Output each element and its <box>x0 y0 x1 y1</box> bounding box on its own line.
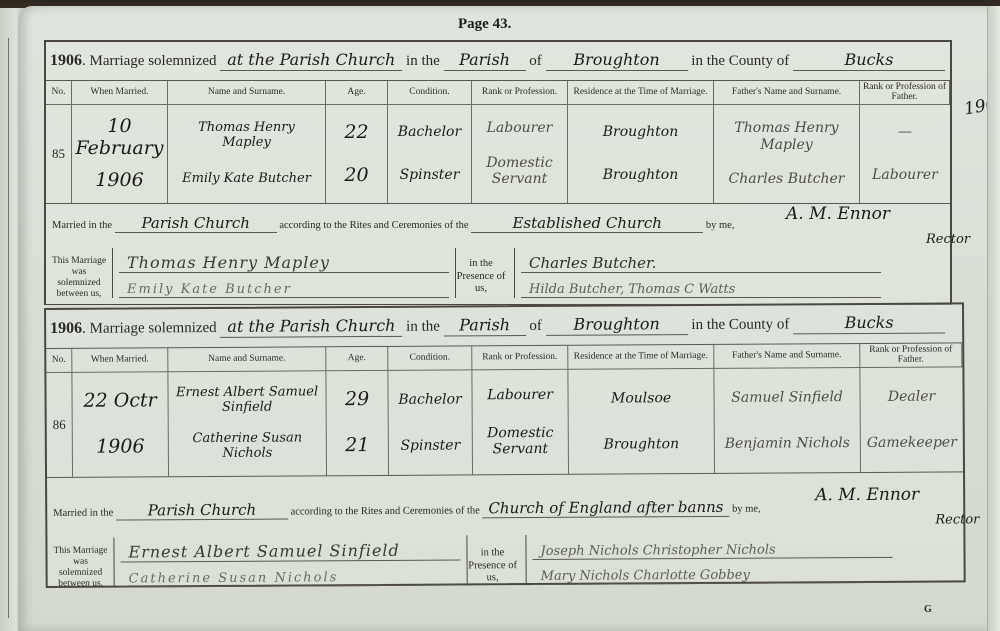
right-page-edge <box>987 6 1000 631</box>
officiant-title: Rector <box>926 232 970 247</box>
column-header-father-profession: Rank or Profession of Father. <box>860 81 950 105</box>
bride-signature: Catherine Susan Nichols <box>129 570 339 586</box>
officiant-name: A. M. Ennor <box>786 204 890 224</box>
rites-value: Church of England after banns <box>488 498 723 517</box>
groom-father-profession: — <box>898 124 912 140</box>
condition-cell: Bachelor Spinster <box>388 370 473 475</box>
groom-father-name: Samuel Sinfield <box>731 389 843 406</box>
when-married-cell: 22 Octr 1906 <box>72 372 169 477</box>
column-header-residence: Residence at the Time of Marriage. <box>568 345 714 370</box>
entry-place: at the Parish Church <box>227 50 395 69</box>
column-header-father-name: Father's Name and Surname. <box>714 81 860 105</box>
entry-number: 85 <box>46 105 72 203</box>
label-marriage-solemnized: Marriage solemnized <box>90 53 217 69</box>
column-header-condition: Condition. <box>388 81 472 105</box>
marriage-entry-86: 1906. Marriage solemnized at the Parish … <box>44 302 966 588</box>
marriage-entry-85: 1906. Marriage solemnized at the Parish … <box>44 40 952 305</box>
marriage-year: 1906 <box>95 170 143 192</box>
entry-heading: 1906. Marriage solemnized at the Parish … <box>50 50 918 80</box>
groom-father-profession: Dealer <box>888 389 935 405</box>
party-signatures: Thomas Henry Mapley Emily Kate Butcher <box>112 248 456 298</box>
witness-signatures: Joseph Nichols Christopher Nichols Mary … <box>525 533 898 585</box>
bride-profession: Domestic Servant <box>477 425 564 458</box>
groom-name: Thomas Henry Mapley <box>172 121 321 151</box>
father-name-cell: Thomas Henry Mapley Charles Butcher <box>714 105 860 203</box>
entry-table: No. When Married. Name and Surname. Age.… <box>46 80 950 204</box>
entry-parish: Parish <box>459 50 510 69</box>
left-page-rule <box>8 38 9 618</box>
label-in-presence: in the Presence of us, <box>465 547 519 585</box>
bride-signature-line: Emily Kate Butcher <box>119 273 449 298</box>
ages-cell: 22 20 <box>326 105 388 203</box>
bride-condition: Spinster <box>400 167 460 183</box>
party-signatures: Ernest Albert Samuel Sinfield Catherine … <box>113 535 467 587</box>
names-cell: Ernest Albert Samuel Sinfield Catherine … <box>168 371 327 476</box>
witness-line-2: Hilda Butcher, Thomas C Watts <box>521 273 881 298</box>
rites-line: Married in the Parish Church according t… <box>52 214 734 233</box>
column-header-father-name: Father's Name and Surname. <box>714 344 860 369</box>
bride-age: 20 <box>344 165 368 187</box>
bride-age: 21 <box>345 435 369 457</box>
bride-signature: Emily Kate Butcher <box>127 282 292 297</box>
column-header-when-married: When Married. <box>72 81 168 105</box>
bride-residence: Broughton <box>603 167 678 183</box>
label-married-in-the: Married in the <box>53 508 113 519</box>
witness-signature-2: Mary Nichols Charlotte Gobbey <box>541 568 750 584</box>
label-according-to: according to the Rites and Ceremonies of… <box>279 220 468 231</box>
entry-county: Bucks <box>845 313 894 332</box>
label-in-the-county: in the County <box>691 317 773 333</box>
label-married-in-the: Married in the <box>52 220 112 231</box>
groom-signature: Thomas Henry Mapley <box>127 253 330 272</box>
entry-year: 1906 <box>50 320 82 337</box>
bride-condition: Spinster <box>400 437 460 453</box>
label-of: of <box>777 53 790 69</box>
bride-father-name: Benjamin Nichols <box>725 435 850 452</box>
sheet-signature-letter: G <box>924 604 932 615</box>
label-marriage-solemnized: Marriage solemnized <box>90 320 217 337</box>
groom-age: 22 <box>344 122 368 144</box>
label-according-to: according to the Rites and Ceremonies of… <box>291 505 480 517</box>
groom-age: 29 <box>345 389 369 411</box>
entry-parish: Parish <box>459 315 510 334</box>
column-header-no: No. <box>46 349 72 373</box>
bride-residence: Broughton <box>604 436 680 453</box>
officiant-name: A. M. Ennor <box>815 485 919 506</box>
groom-residence: Moulsoe <box>611 390 671 406</box>
profession-cell: Labourer Domestic Servant <box>472 105 568 203</box>
rites-value: Established Church <box>512 214 661 232</box>
groom-signature-line: Thomas Henry Mapley <box>119 248 449 273</box>
column-header-residence: Residence at the Time of Marriage. <box>568 81 714 105</box>
column-header-age: Age. <box>326 81 388 105</box>
marriage-date: 10 February <box>76 116 164 160</box>
label-of: of <box>529 318 542 334</box>
witness-signature-1: Joseph Nichols Christopher Nichols <box>540 543 775 559</box>
groom-name: Ernest Albert Samuel Sinfield <box>172 385 321 416</box>
column-header-profession: Rank or Profession. <box>472 81 568 105</box>
groom-profession: Labourer <box>487 387 553 403</box>
condition-cell: Bachelor Spinster <box>388 105 472 203</box>
witness-line-2: Mary Nichols Charlotte Gobbey <box>533 558 893 585</box>
label-in-the-county: in the County <box>691 53 773 69</box>
residence-cell: Broughton Broughton <box>568 105 714 203</box>
groom-condition: Bachelor <box>398 124 461 140</box>
groom-father-name: Thomas Henry Mapley <box>718 120 855 152</box>
bride-father-name: Charles Butcher <box>729 171 845 187</box>
label-this-marriage: This Marriage was solemnized between us, <box>50 256 108 300</box>
label-by-me: by me, <box>732 504 761 515</box>
witness-signatures: Charles Butcher. Hilda Butcher, Thomas C… <box>514 248 887 298</box>
column-header-name: Name and Surname. <box>168 347 326 372</box>
ages-cell: 29 21 <box>326 371 389 475</box>
column-header-age: Age. <box>326 347 388 371</box>
father-profession-cell: — Labourer <box>860 105 950 203</box>
column-header-father-profession: Rank or Profession of Father. <box>860 343 962 368</box>
witness-line-1: Charles Butcher. <box>521 248 881 273</box>
marriage-date: 22 Octr <box>83 390 156 412</box>
entry-county: Bucks <box>844 50 893 69</box>
label-of: of <box>529 53 542 69</box>
bride-father-profession: Gamekeeper <box>867 434 957 451</box>
officiant-signature: A. M. Ennor Rector <box>815 485 919 506</box>
bride-name: Catherine Susan Nichols <box>173 431 322 462</box>
label-of: of <box>777 316 790 332</box>
entry-district: Broughton <box>573 50 659 69</box>
witness-line-1: Joseph Nichols Christopher Nichols <box>532 533 892 560</box>
entry-district: Broughton <box>573 314 659 334</box>
married-in-value: Parish Church <box>148 501 257 520</box>
residence-cell: Moulsoe Broughton <box>568 369 715 474</box>
groom-condition: Bachelor <box>398 391 461 407</box>
column-header-profession: Rank or Profession. <box>472 346 568 371</box>
groom-profession: Labourer <box>487 120 553 136</box>
bride-name: Emily Kate Butcher <box>182 172 311 187</box>
page-number: Page 43. <box>458 16 511 33</box>
bride-signature-line: Catherine Susan Nichols <box>121 560 461 587</box>
rites-line: Married in the Parish Church according t… <box>53 498 761 521</box>
witness-signature-1: Charles Butcher. <box>529 254 656 272</box>
label-in-the: in the <box>406 319 440 335</box>
names-cell: Thomas Henry Mapley Emily Kate Butcher <box>168 105 326 203</box>
bride-profession: Domestic Servant <box>476 155 563 187</box>
groom-residence: Broughton <box>603 124 678 140</box>
entry-place: at the Parish Church <box>227 316 395 336</box>
label-in-the: in the <box>406 53 440 69</box>
when-married-cell: 10 February 1906 <box>72 105 168 203</box>
column-header-no: No. <box>46 81 72 105</box>
solemnization-section: Married in the Parish Church according t… <box>46 204 950 304</box>
married-in-value: Parish Church <box>141 214 250 232</box>
label-this-marriage: This Marriage was solemnized between us, <box>51 546 109 590</box>
label-in-presence: in the Presence of us, <box>454 258 508 296</box>
solemnization-section: Married in the Parish Church according t… <box>47 474 964 584</box>
entry-table: No. When Married. Name and Surname. Age.… <box>46 342 963 478</box>
groom-signature-line: Ernest Albert Samuel Sinfield <box>120 535 460 562</box>
groom-signature: Ernest Albert Samuel Sinfield <box>128 541 399 562</box>
father-name-cell: Samuel Sinfield Benjamin Nichols <box>714 368 861 473</box>
entry-number: 86 <box>46 373 73 477</box>
officiant-title: Rector <box>935 512 979 527</box>
column-header-condition: Condition. <box>388 346 472 371</box>
label-by-me: by me, <box>706 220 735 231</box>
entry-year: 1906 <box>50 52 82 69</box>
column-header-name: Name and Surname. <box>168 81 326 105</box>
column-header-when-married: When Married. <box>72 348 168 373</box>
register-page: Page 43. 1906. Marriage solemnized at th… <box>18 6 1000 631</box>
bride-father-profession: Labourer <box>872 167 938 183</box>
father-profession-cell: Dealer Gamekeeper <box>860 367 963 472</box>
profession-cell: Labourer Domestic Servant <box>472 370 569 475</box>
officiant-signature: A. M. Ennor Rector <box>786 204 890 224</box>
marriage-year: 1906 <box>96 436 144 458</box>
witness-signature-2: Hilda Butcher, Thomas C Watts <box>529 282 735 297</box>
